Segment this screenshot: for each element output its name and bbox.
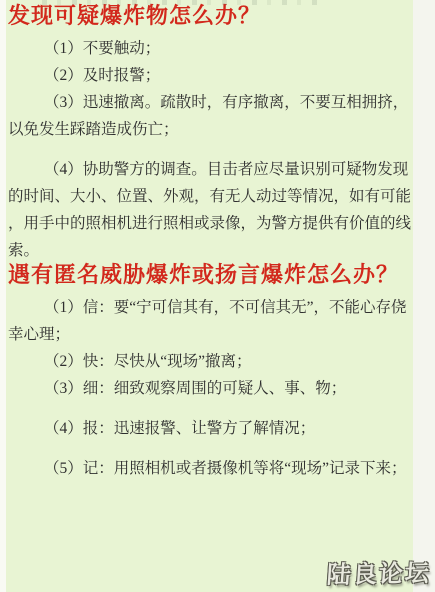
section-2-item-3: （3）细：细致观察周围的可疑人、事、物；: [8, 375, 411, 402]
forum-watermark: 陆良论坛: [326, 553, 433, 590]
section-2-item-1: （1）信：要“宁可信其有，不可信其无”，不能心存侥 幸心理；: [8, 294, 411, 348]
document-page: 发现可疑爆炸物怎么办？ （1）不要触动； （2）及时报警； （3）迅速撤离。疏散…: [6, 0, 413, 592]
section-1-item-2: （2）及时报警；: [8, 62, 411, 89]
section-2-heading: 遇有匿名威胁爆炸或扬言爆炸怎么办？: [8, 264, 411, 288]
clipped-text-remnant: [42, 0, 322, 5]
section-1-item-3: （3）迅速撤离。疏散时，有序撤离，不要互相拥挤， 以免发生踩踏造成伤亡；: [8, 89, 411, 143]
section-2-item-4: （4）报：迅速报警、让警方了解情况；: [8, 415, 411, 442]
section-2-item-5: （5）记：用照相机或者摄像机等将“现场”记录下来；: [8, 455, 411, 482]
section-1-item-1: （1）不要触动；: [8, 35, 411, 62]
section-1-item-4: （4）协助警方的调查。目击者应尽量识别可疑物发现 的时间、大小、位置、外观，有无…: [8, 156, 411, 264]
section-2-item-2: （2）快：尽快从“现场”撤离；: [8, 348, 411, 375]
section-1-heading: 发现可疑爆炸物怎么办？: [8, 5, 411, 29]
